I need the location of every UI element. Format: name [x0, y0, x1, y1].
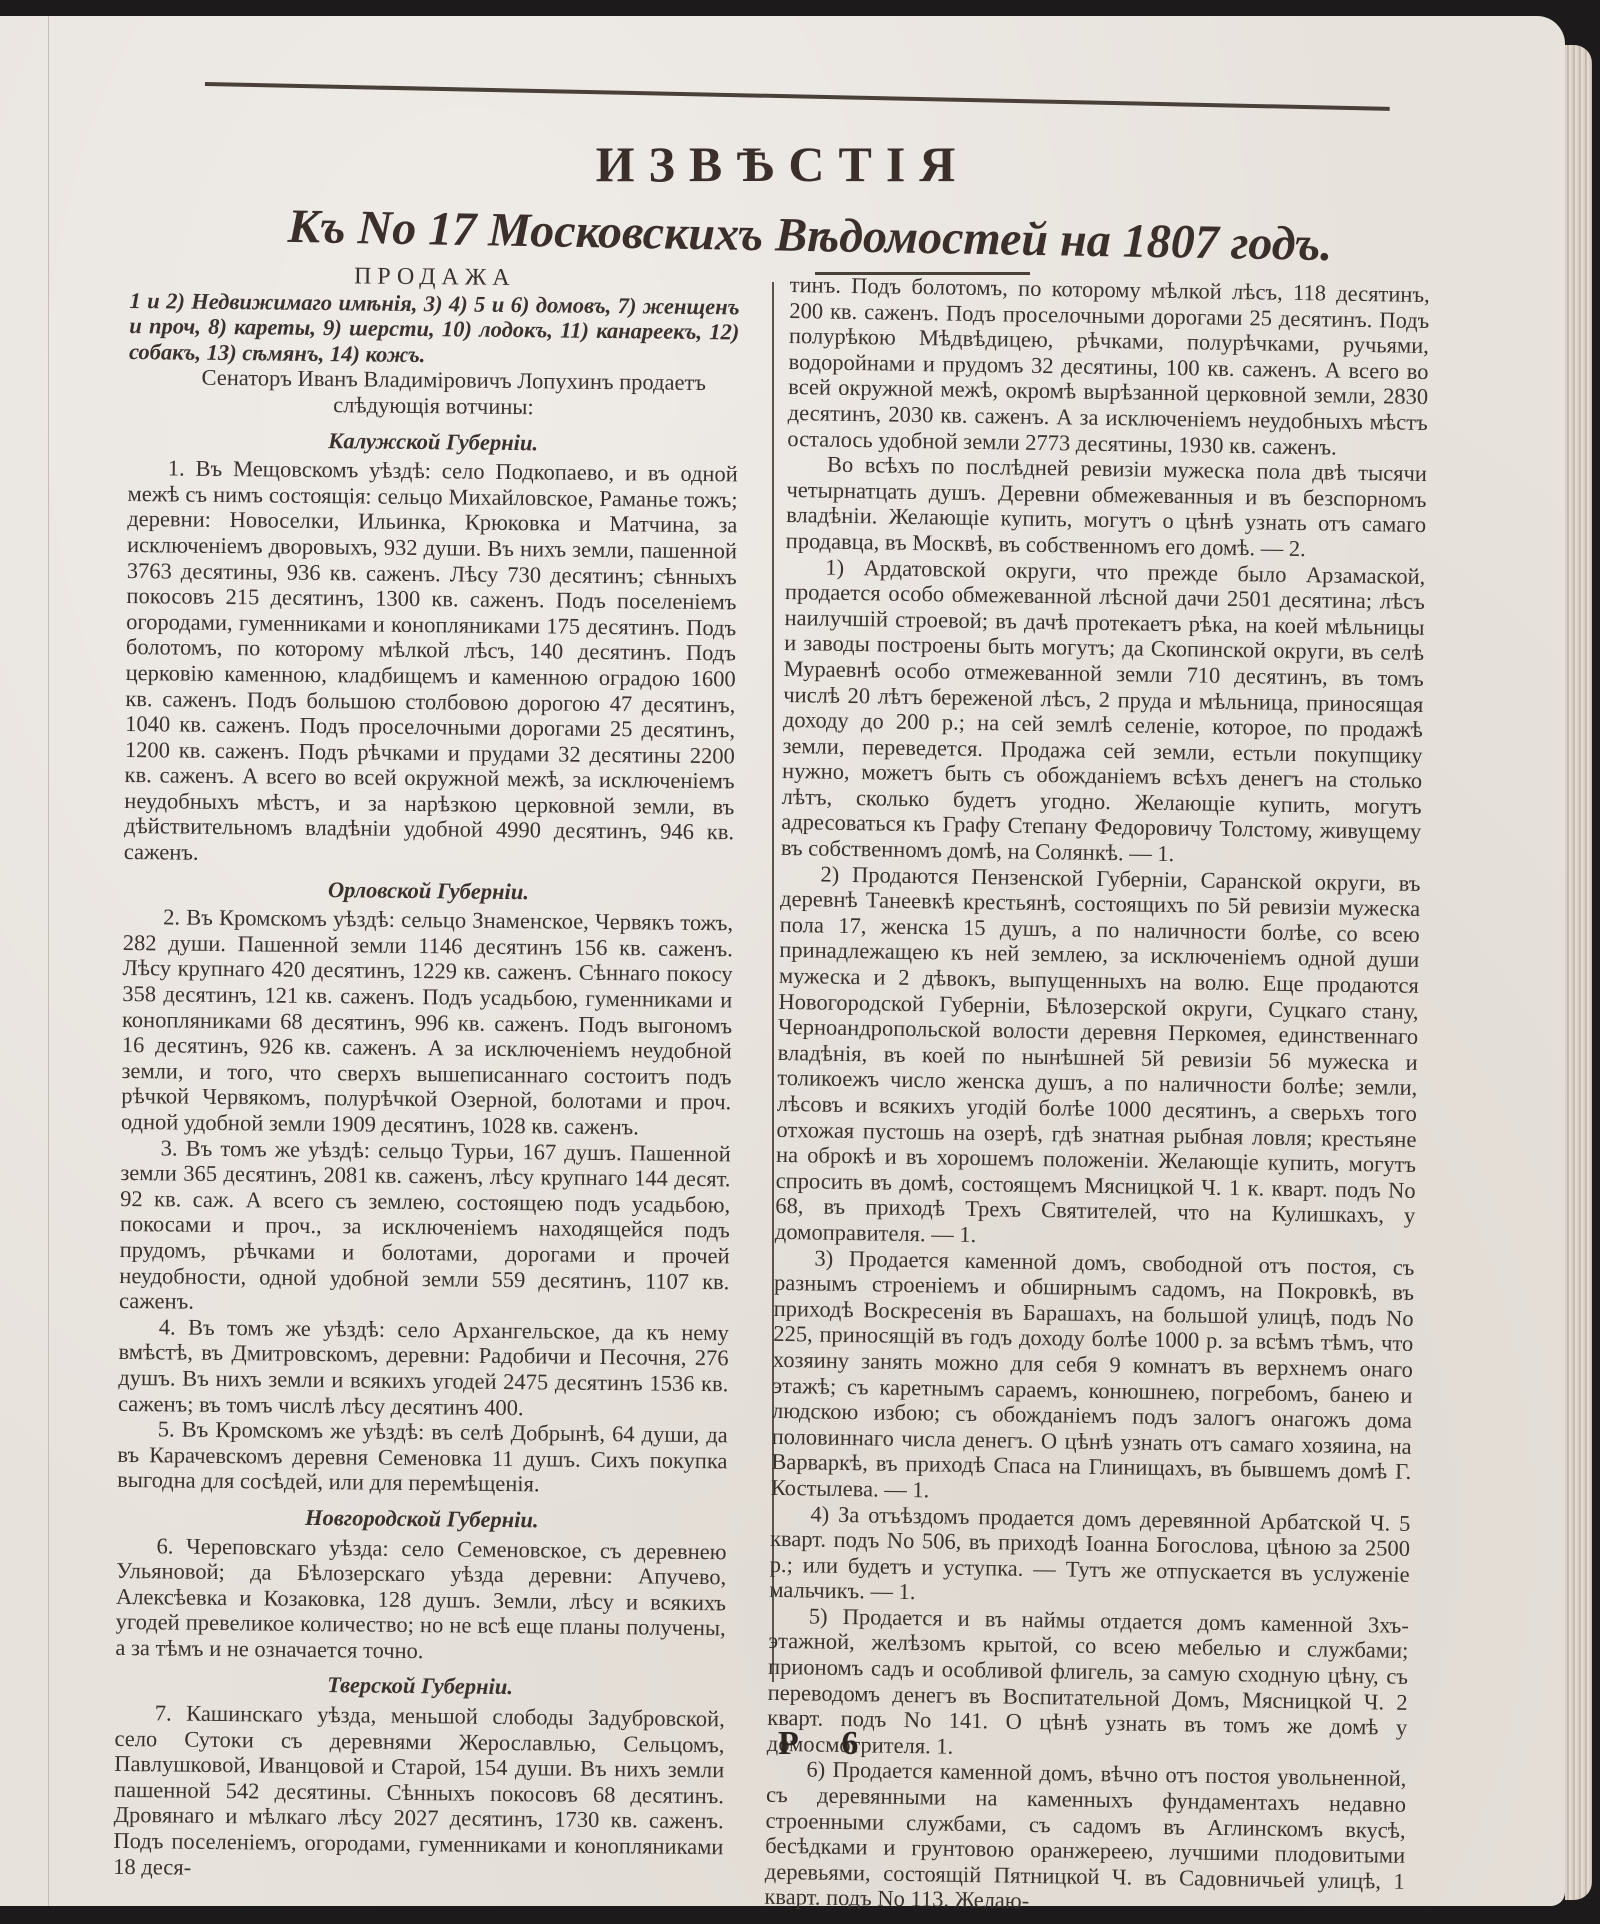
- notice-paragraph: 6) Продается каменной домъ, вѣчно отъ по…: [764, 1756, 1406, 1920]
- gutter-fold-line: [48, 16, 49, 1906]
- province-heading: Тверской Губерніи.: [115, 1670, 725, 1702]
- masthead-title: ИЗВѢСТІЯ: [0, 135, 1565, 193]
- right-column: тинъ. Подъ болотомъ, по которому мѣлкой …: [764, 272, 1430, 1920]
- left-column: ПРОДАЖА 1 и 2) Недвижимаго имѣнія, 3) 4)…: [113, 262, 740, 1886]
- estate-paragraph: 2. Въ Кромскомъ уѣздѣ: сельцо Знаменское…: [121, 904, 733, 1141]
- notice-paragraph: Во всѣхъ по послѣдней ревизіи мужеска по…: [786, 451, 1428, 563]
- printer-signature-mark: P 6: [778, 1725, 876, 1763]
- province-heading: Новгородской Губерніи.: [117, 1503, 727, 1535]
- notice-paragraph: 4) За отъѣздомъ продается домъ деревянно…: [769, 1500, 1411, 1612]
- province-heading: Орловской Губерніи.: [123, 875, 733, 907]
- page-stack-edge: [1565, 45, 1592, 1900]
- province-heading: Калужской Губерніи.: [128, 426, 738, 458]
- estate-paragraph: 6. Череповскаго уѣзда: село Семеновское,…: [115, 1532, 726, 1666]
- scanned-newspaper-page: ИЗВѢСТІЯ Къ No 17 Московскихъ Вѣдомостей…: [0, 0, 1600, 1924]
- estate-paragraph: 1. Въ Мещовскомъ уѣздѣ: село Подкопаево,…: [124, 455, 738, 871]
- sale-rubric: 1 и 2) Недвижимаго имѣнія, 3) 4) 5 и 6) …: [129, 288, 740, 371]
- continued-paragraph: тинъ. Подъ болотомъ, по которому мѣлкой …: [787, 272, 1430, 461]
- estate-paragraph: 3. Въ томъ же уѣздѣ: сельцо Турьи, 167 д…: [119, 1135, 731, 1321]
- estate-paragraph: 4. Въ томъ же уѣздѣ: село Архангельское,…: [118, 1314, 729, 1423]
- notice-paragraph: 2) Продаются Пензенской Губерніи, Саранс…: [775, 861, 1421, 1255]
- estate-paragraph: 5. Въ Кромскомъ же уѣздѣ: въ селѣ Добрын…: [117, 1416, 728, 1499]
- notice-paragraph: 3) Продается каменной домъ, свободной от…: [771, 1244, 1415, 1510]
- notice-paragraph: 1) Ардатовской округи, что прежде было А…: [781, 553, 1426, 870]
- intro-paragraph: Сенаторъ Иванъ Владиміровичъ Лопухинъ пр…: [128, 364, 739, 422]
- estate-paragraph: 7. Кашинскаго уѣзда, меньшой слободы Зад…: [113, 1700, 725, 1886]
